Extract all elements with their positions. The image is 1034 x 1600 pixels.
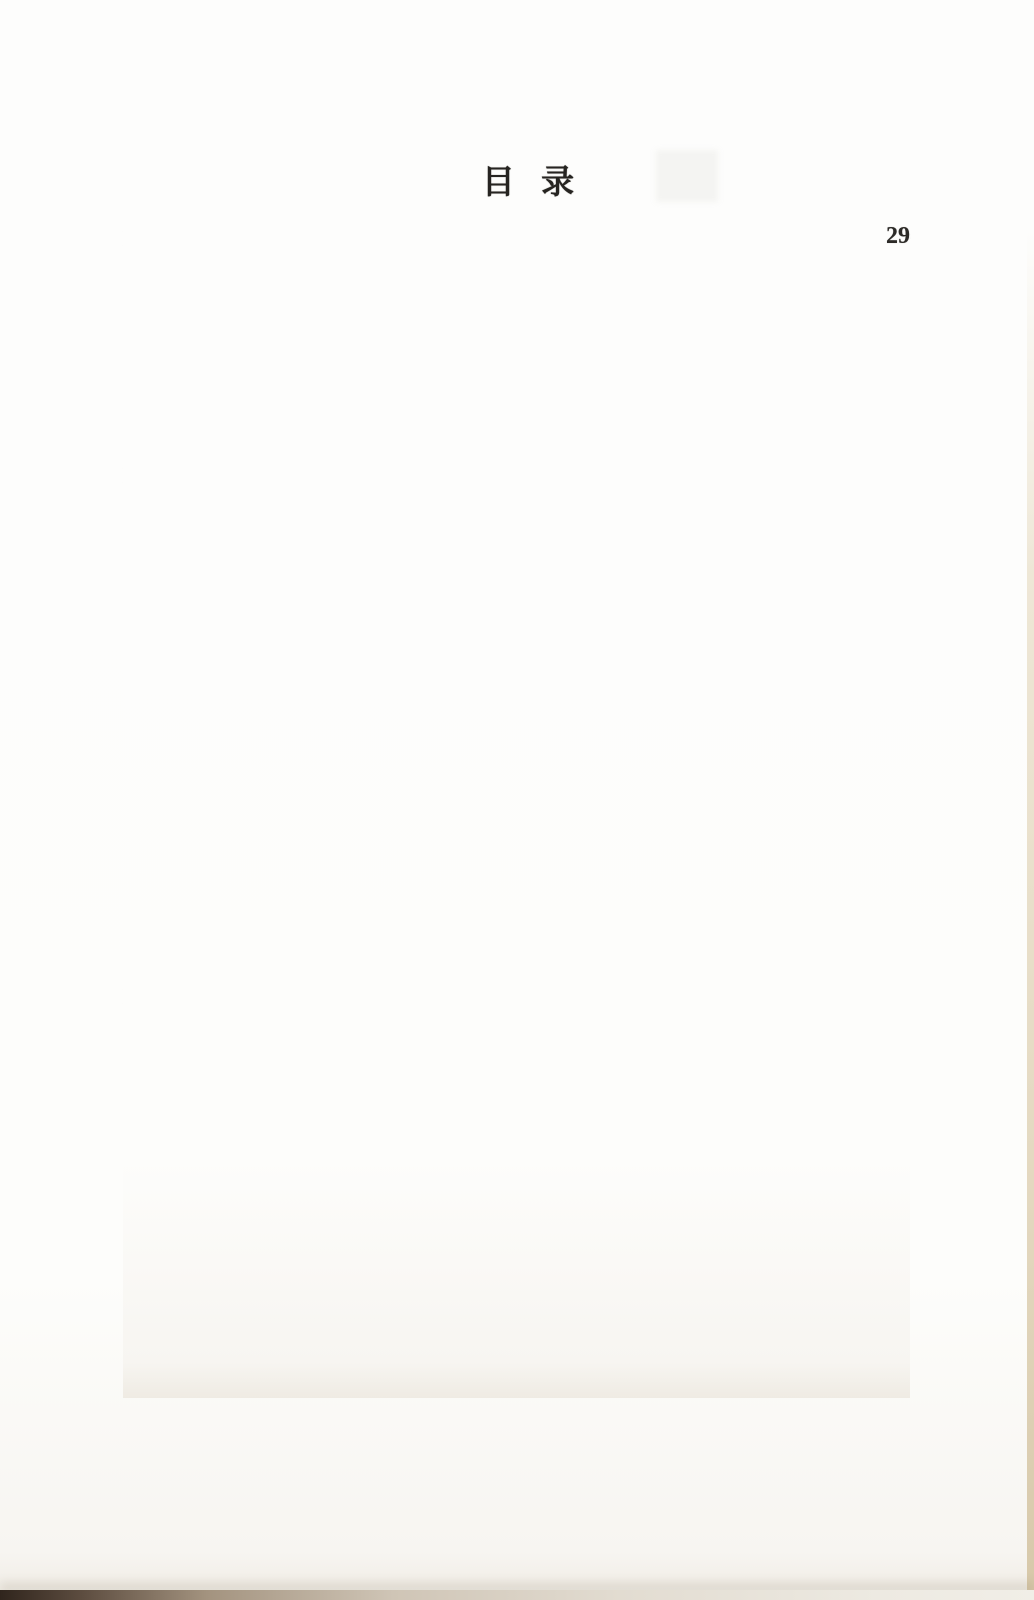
toc-entry: 3.8 易制爆危险化学品分析结果........................… (123, 1350, 910, 1397)
page-edge-right (1027, 230, 1034, 1592)
document-page: 目 录 第 1 章 评价概述..........................… (0, 0, 1034, 1600)
toc-page-number: 29 (123, 213, 910, 1398)
page-title: 目 录 (12, 156, 1034, 203)
page-edge-bottom (0, 1590, 1034, 1600)
table-of-contents: 第 1 章 评价概述..............................… (123, 213, 910, 1398)
